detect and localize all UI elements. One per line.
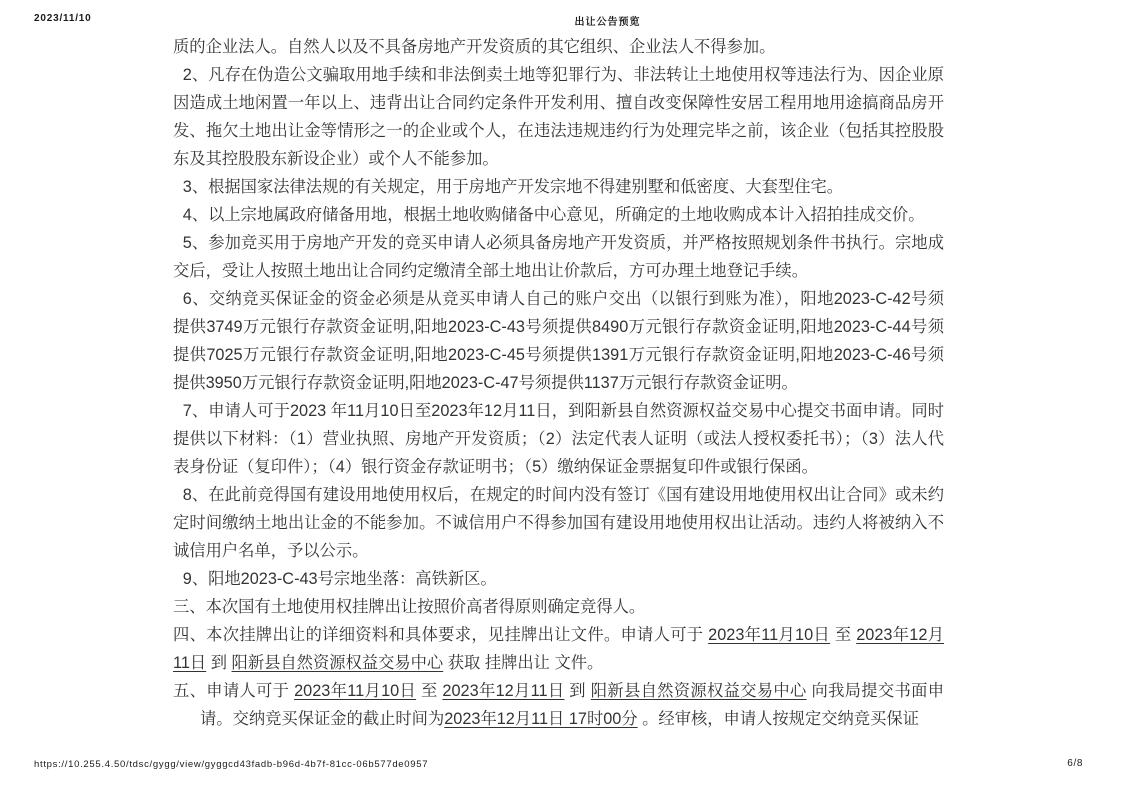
document-body: 质的企业法人。自然人以及不具备房地产开发资质的其它组织、企业法人不得参加。2、凡… xyxy=(173,33,944,733)
text-segment: 至 xyxy=(830,626,856,644)
text-segment: 5、参加竞买用于房地产开发的竞买申请人必须具备房地产开发资质，并严格按照规划条件… xyxy=(173,234,944,280)
clause-9: 9、阳地2023-C-43号宗地坐落：高铁新区。 xyxy=(173,565,944,593)
text-segment: 四、本次挂牌出让的详细资料和具体要求，见挂牌出让文件。申请人可于 xyxy=(173,626,708,644)
clause-4: 4、以上宗地属政府储备用地，根据土地收购储备中心意见，所确定的土地收购成本计入招… xyxy=(173,201,944,229)
print-header-title: 出让公告预览 xyxy=(0,13,1123,28)
print-footer-page-indicator: 6/8 xyxy=(1067,758,1083,769)
clause-5: 5、参加竞买用于房地产开发的竞买申请人必须具备房地产开发资质，并严格按照规划条件… xyxy=(173,229,944,285)
text-segment: 获取 挂牌出让 文件。 xyxy=(443,654,603,672)
text-segment: 2、凡存在伪造公文骗取用地手续和非法倒卖土地等犯罪行为、非法转让土地使用权等违法… xyxy=(173,66,944,168)
underlined-text: 2023年12月11日 xyxy=(442,682,564,700)
text-segment: 五、申请人可于 xyxy=(173,682,294,700)
section-4: 四、本次挂牌出让的详细资料和具体要求，见挂牌出让文件。申请人可于 2023年11… xyxy=(173,621,944,677)
text-segment: 7、申请人可于2023 年11月10日至2023年12月11日，到阳新县自然资源… xyxy=(173,402,944,476)
text-segment: 6、交纳竞买保证金的资金必须是从竞买申请人自己的账户交出（以银行到账为准），阳地… xyxy=(173,290,944,392)
underlined-text: 阳新县自然资源权益交易中心 xyxy=(232,654,444,672)
underlined-text: 阳新县自然资源权益交易中心 xyxy=(591,682,807,700)
text-segment: 9、阳地2023-C-43号宗地坐落：高铁新区。 xyxy=(183,570,497,588)
text-segment: 到 xyxy=(564,682,590,700)
para-continuation: 质的企业法人。自然人以及不具备房地产开发资质的其它组织、企业法人不得参加。 xyxy=(173,33,944,61)
text-segment: 4、以上宗地属政府储备用地，根据土地收购储备中心意见，所确定的土地收购成本计入招… xyxy=(183,206,925,224)
text-segment: 8、在此前竞得国有建设用地使用权后，在规定的时间内没有签订《国有建设用地使用权出… xyxy=(173,486,944,560)
section-5: 五、申请人可于 2023年11月10日 至 2023年12月11日 到 阳新县自… xyxy=(173,677,944,733)
underlined-text: 2023年11月10日 xyxy=(294,682,416,700)
clause-3: 3、根据国家法律法规的有关规定，用于房地产开发宗地不得建别墅和低密度、大套型住宅… xyxy=(173,173,944,201)
text-segment: 3、根据国家法律法规的有关规定，用于房地产开发宗地不得建别墅和低密度、大套型住宅… xyxy=(183,178,843,196)
print-footer-url: https://10.255.4.50/tdsc/gygg/view/gyggc… xyxy=(34,759,428,770)
underlined-text: 2023年11月10日 xyxy=(708,626,830,644)
text-segment: 质的企业法人。自然人以及不具备房地产开发资质的其它组织、企业法人不得参加。 xyxy=(173,38,775,56)
clause-8: 8、在此前竞得国有建设用地使用权后，在规定的时间内没有签订《国有建设用地使用权出… xyxy=(173,481,944,565)
clause-7: 7、申请人可于2023 年11月10日至2023年12月11日，到阳新县自然资源… xyxy=(173,397,944,481)
clause-6: 6、交纳竞买保证金的资金必须是从竞买申请人自己的账户交出（以银行到账为准），阳地… xyxy=(173,285,944,397)
underlined-text: 2023年12月11日 17时00分 xyxy=(444,710,637,728)
section-3: 三、本次国有土地使用权挂牌出让按照价高者得原则确定竞得人。 xyxy=(173,593,944,621)
text-segment: 至 xyxy=(416,682,442,700)
clause-2: 2、凡存在伪造公文骗取用地手续和非法倒卖土地等犯罪行为、非法转让土地使用权等违法… xyxy=(173,61,944,173)
print-preview-page: 2023/11/10 出让公告预览 质的企业法人。自然人以及不具备房地产开发资质… xyxy=(0,0,1123,794)
text-segment: 三、本次国有土地使用权挂牌出让按照价高者得原则确定竞得人。 xyxy=(173,598,645,616)
text-segment: 。经审核，申请人按规定交纳竞买保证 xyxy=(638,710,919,728)
text-segment: 到 xyxy=(206,654,231,672)
